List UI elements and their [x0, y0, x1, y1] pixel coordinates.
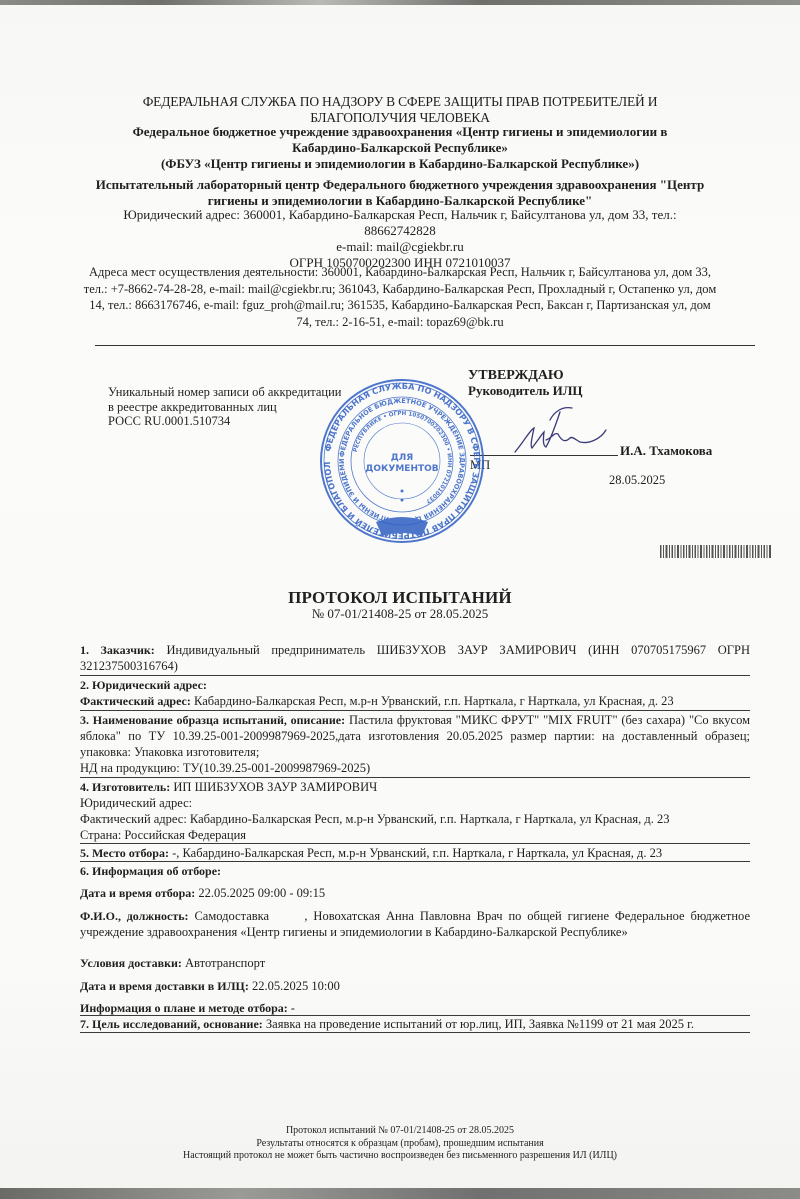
- delivery-conditions-value: Автотранспорт: [185, 956, 265, 970]
- official-stamp-icon: ФЕДЕРАЛЬНАЯ СЛУЖБА ПО НАДЗОРУ В СФЕРЕ ЗА…: [318, 378, 486, 544]
- sampling-plan-row: Информация о плане и методе отбора: -: [80, 1000, 750, 1016]
- section-divider: [80, 710, 750, 711]
- section-customer: 1. Заказчик: Индивидуальный предпринимат…: [80, 642, 750, 674]
- delivery-datetime-label: Дата и время доставки в ИЛЦ:: [80, 979, 249, 993]
- delivery-conditions-label: Условия доставки:: [80, 956, 182, 970]
- sampling-plan-value: -: [291, 1001, 295, 1015]
- delivery-datetime-value: 22.05.2025 10:00: [252, 979, 340, 993]
- legal-address-label: 2. Юридический адрес:: [80, 678, 207, 692]
- actual-address-label: Фактический адрес:: [80, 694, 191, 708]
- accreditation-line2: в реестре аккредитованных лиц: [108, 400, 341, 415]
- manufacturer-actual-address: Фактический адрес: Кабардино-Балкарская …: [80, 811, 750, 827]
- agency-name: ФЕДЕРАЛЬНАЯ СЛУЖБА ПО НАДЗОРУ В СФЕРЕ ЗА…: [100, 94, 700, 126]
- protocol-number: № 07-01/21408-25 от 28.05.2025: [200, 606, 600, 622]
- sampling-info-label: 6. Информация об отборе:: [80, 864, 221, 878]
- legal-address: Юридический адрес: 360001, Кабардино-Бал…: [95, 207, 705, 239]
- sampling-plan-label: Информация о плане и методе отбора:: [80, 1001, 288, 1015]
- institution-block: Федеральное бюджетное учреждение здравоо…: [100, 124, 700, 172]
- sample-normative-doc: НД на продукцию: ТУ(10.39.25-001-2009987…: [80, 761, 370, 775]
- actual-address-value: Кабардино-Балкарская Респ, м.р-н Урванск…: [194, 694, 674, 708]
- section-divider: [80, 675, 750, 676]
- svg-text:ДОКУМЕНТОВ: ДОКУМЕНТОВ: [365, 464, 438, 474]
- signature-icon: [510, 400, 620, 460]
- sampler-row: Ф.И.О., должность: Самодоставка , Новоха…: [80, 908, 750, 940]
- sampling-datetime-label: Дата и время отбора:: [80, 886, 195, 900]
- section-divider: [80, 777, 750, 778]
- accreditation-block: Уникальный номер записи об аккредитации …: [108, 385, 341, 429]
- footer-results-note: Результаты относятся к образцам (пробам)…: [150, 1138, 650, 1151]
- institution-name: Федеральное бюджетное учреждение здравоо…: [100, 124, 700, 156]
- signer-name: И.А. Тхамокова: [620, 443, 712, 459]
- sampling-datetime-value: 22.05.2025 09:00 - 09:15: [198, 886, 325, 900]
- document-page: ФЕДЕРАЛЬНАЯ СЛУЖБА ПО НАДЗОРУ В СФЕРЕ ЗА…: [0, 0, 800, 1199]
- institution-short-name: (ФБУЗ «Центр гигиены и эпидемиологии в К…: [100, 156, 700, 172]
- customer-value: Индивидуальный предприниматель ШИБЗУХОВ …: [80, 643, 750, 673]
- section-divider: [80, 861, 750, 862]
- customer-label: 1. Заказчик:: [80, 643, 155, 657]
- delivery-datetime-row: Дата и время доставки в ИЛЦ: 22.05.2025 …: [80, 978, 750, 994]
- sampling-place-value: -, Кабардино-Балкарская Респ, м.р-н Урва…: [172, 846, 662, 860]
- purpose-value: Заявка на проведение испытаний от юр.лиц…: [266, 1017, 694, 1031]
- contacts-block: Юридический адрес: 360001, Кабардино-Бал…: [95, 207, 705, 271]
- accreditation-line1: Уникальный номер записи об аккредитации: [108, 385, 341, 400]
- section-sample-nd: НД на продукцию: ТУ(10.39.25-001-2009987…: [80, 760, 750, 776]
- accreditation-number: РОСС RU.0001.510734: [108, 414, 341, 429]
- section-sampling-info: 6. Информация об отборе:: [80, 863, 750, 879]
- footer-reproduction-note: Настоящий протокол не может быть частичн…: [150, 1150, 650, 1163]
- email: e-mail: mail@cgiekbr.ru: [95, 239, 705, 255]
- activity-addresses: Адреса мест осуществления деятельности: …: [80, 264, 720, 330]
- footer-protocol-ref: Протокол испытаний № 07-01/21408-25 от 2…: [150, 1125, 650, 1138]
- sampling-datetime-row: Дата и время отбора: 22.05.2025 09:00 - …: [80, 885, 750, 901]
- section-sampling-place: 5. Место отбора: -, Кабардино-Балкарская…: [80, 845, 750, 861]
- section-manufacturer: 4. Изготовитель: ИП ШИБЗУХОВ ЗАУР ЗАМИРО…: [80, 779, 750, 843]
- sampler-label: Ф.И.О., должность:: [80, 909, 189, 923]
- manufacturer-label: 4. Изготовитель:: [80, 780, 170, 794]
- sample-label: 3. Наименование образца испытаний, описа…: [80, 713, 345, 727]
- page-footer: Протокол испытаний № 07-01/21408-25 от 2…: [150, 1125, 650, 1163]
- barcode-icon: [660, 545, 772, 558]
- manufacturer-country: Страна: Российская Федерация: [80, 827, 750, 843]
- section-purpose: 7. Цель исследований, основание: Заявка …: [80, 1016, 750, 1032]
- section-address: 2. Юридический адрес: Фактический адрес:…: [80, 677, 750, 709]
- manufacturer-value: ИП ШИБЗУХОВ ЗАУР ЗАМИРОВИЧ: [173, 780, 377, 794]
- scan-edge-bottom: [0, 1188, 800, 1199]
- delivery-conditions-row: Условия доставки: Автотранспорт: [80, 955, 750, 971]
- header-divider: [95, 345, 755, 346]
- approval-date: 28.05.2025: [609, 473, 665, 488]
- lab-center-name: Испытательный лабораторный центр Федерал…: [95, 177, 705, 209]
- section-sample: 3. Наименование образца испытаний, описа…: [80, 712, 750, 760]
- scan-edge-top: [0, 0, 800, 5]
- protocol-title: ПРОТОКОЛ ИСПЫТАНИЙ: [200, 588, 600, 608]
- section-divider: [80, 1032, 750, 1033]
- svg-text:ДЛЯ: ДЛЯ: [391, 453, 413, 463]
- section-divider: [80, 843, 750, 844]
- sampling-place-label: 5. Место отбора:: [80, 846, 169, 860]
- manufacturer-legal-address: Юридический адрес:: [80, 795, 750, 811]
- purpose-label: 7. Цель исследований, основание:: [80, 1017, 263, 1031]
